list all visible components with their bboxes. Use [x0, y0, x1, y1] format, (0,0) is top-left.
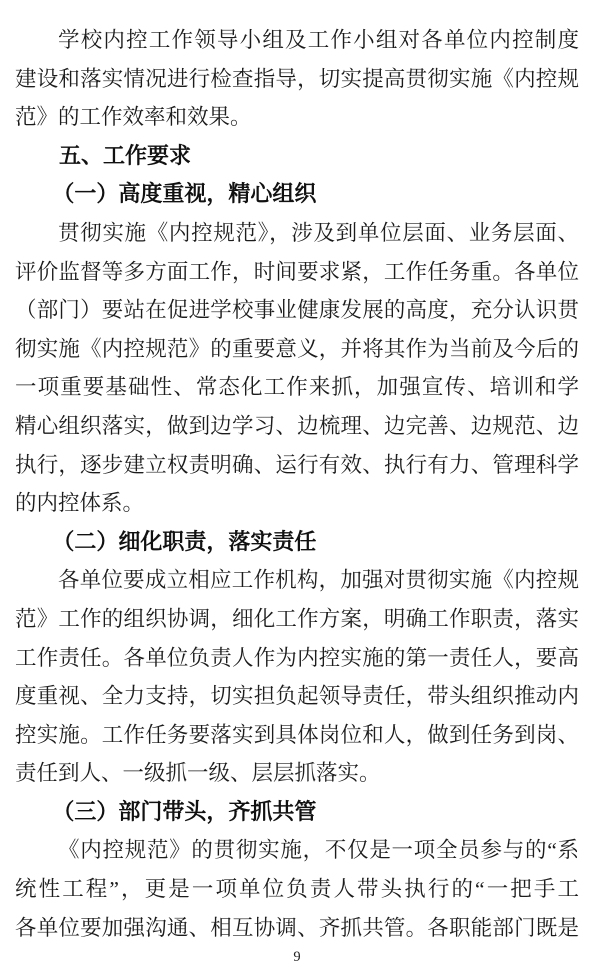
- text-line: （三）部门带头，齐抓共管: [15, 793, 579, 832]
- text-line: 五、工作要求: [15, 137, 579, 176]
- text-line: 《内控规范》的贯彻实施，不仅是一项全员参与的“系: [15, 831, 579, 870]
- text-line: 各单位要加强沟通、相互协调、齐抓共管。各职能部门既是: [15, 909, 579, 948]
- para-sub-2-body: 各单位要成立相应工作机构，加强对贯彻实施《内控规范》工作的组织协调，细化工作方案…: [15, 561, 579, 793]
- text-line: 度重视、全力支持，切实担负起领导责任，带头组织推动内: [15, 677, 579, 716]
- text-line: （二）细化职责，落实责任: [15, 523, 579, 562]
- text-line: 精心组织落实，做到边学习、边梳理、边完善、边规范、边: [15, 407, 579, 446]
- text-line: 执行，逐步建立权责明确、运行有效、执行有力、管理科学: [15, 446, 579, 485]
- text-line: 贯彻实施《内控规范》，涉及到单位层面、业务层面、: [15, 214, 579, 253]
- para-sub-1-body: 贯彻实施《内控规范》，涉及到单位层面、业务层面、评价监督等多方面工作，时间要求紧…: [15, 214, 579, 523]
- text-line: 彻实施《内控规范》的重要意义，并将其作为当前及今后的: [15, 330, 579, 369]
- text-line: 一项重要基础性、常态化工作来抓，加强宣传、培训和学习，: [15, 368, 579, 407]
- document-page: 学校内控工作领导小组及工作小组对各单位内控制度建设和落实情况进行检查指导，切实提…: [0, 0, 594, 973]
- text-line: （部门）要站在促进学校事业健康发展的高度，充分认识贯: [15, 291, 579, 330]
- text-line: 各单位要成立相应工作机构，加强对贯彻实施《内控规: [15, 561, 579, 600]
- heading-sub-3-departments-lead: （三）部门带头，齐抓共管: [15, 793, 579, 832]
- text-line: 范》工作的组织协调，细化工作方案，明确工作职责，落实: [15, 600, 579, 639]
- heading-section-five-work-requirements: 五、工作要求: [15, 137, 579, 176]
- text-line: 学校内控工作领导小组及工作小组对各单位内控制度: [15, 21, 579, 60]
- heading-sub-1-attach-importance: （一）高度重视，精心组织: [15, 175, 579, 214]
- para-sub-3-body: 《内控规范》的贯彻实施，不仅是一项全员参与的“系统性工程”，更是一项单位负责人带…: [15, 831, 579, 947]
- text-line: 评价监督等多方面工作，时间要求紧，工作任务重。各单位: [15, 253, 579, 292]
- text-line: 建设和落实情况进行检查指导，切实提高贯彻实施《内控规: [15, 60, 579, 99]
- text-line: 的内控体系。: [15, 484, 579, 523]
- page-number: 9: [15, 947, 579, 967]
- text-line: 统性工程”，更是一项单位负责人带头执行的“一把手工程”。: [15, 870, 579, 909]
- text-line: 范》的工作效率和效果。: [15, 98, 579, 137]
- text-line: （一）高度重视，精心组织: [15, 175, 579, 214]
- text-line: 工作责任。各单位负责人作为内控实施的第一责任人，要高: [15, 639, 579, 678]
- text-line: 责任到人、一级抓一级、层层抓落实。: [15, 754, 579, 793]
- para-inspection-guidance: 学校内控工作领导小组及工作小组对各单位内控制度建设和落实情况进行检查指导，切实提…: [15, 21, 579, 137]
- text-line: 控实施。工作任务要落实到具体岗位和人，做到任务到岗、: [15, 716, 579, 755]
- heading-sub-2-refine-duties: （二）细化职责，落实责任: [15, 523, 579, 562]
- document-body: 学校内控工作领导小组及工作小组对各单位内控制度建设和落实情况进行检查指导，切实提…: [15, 21, 579, 947]
